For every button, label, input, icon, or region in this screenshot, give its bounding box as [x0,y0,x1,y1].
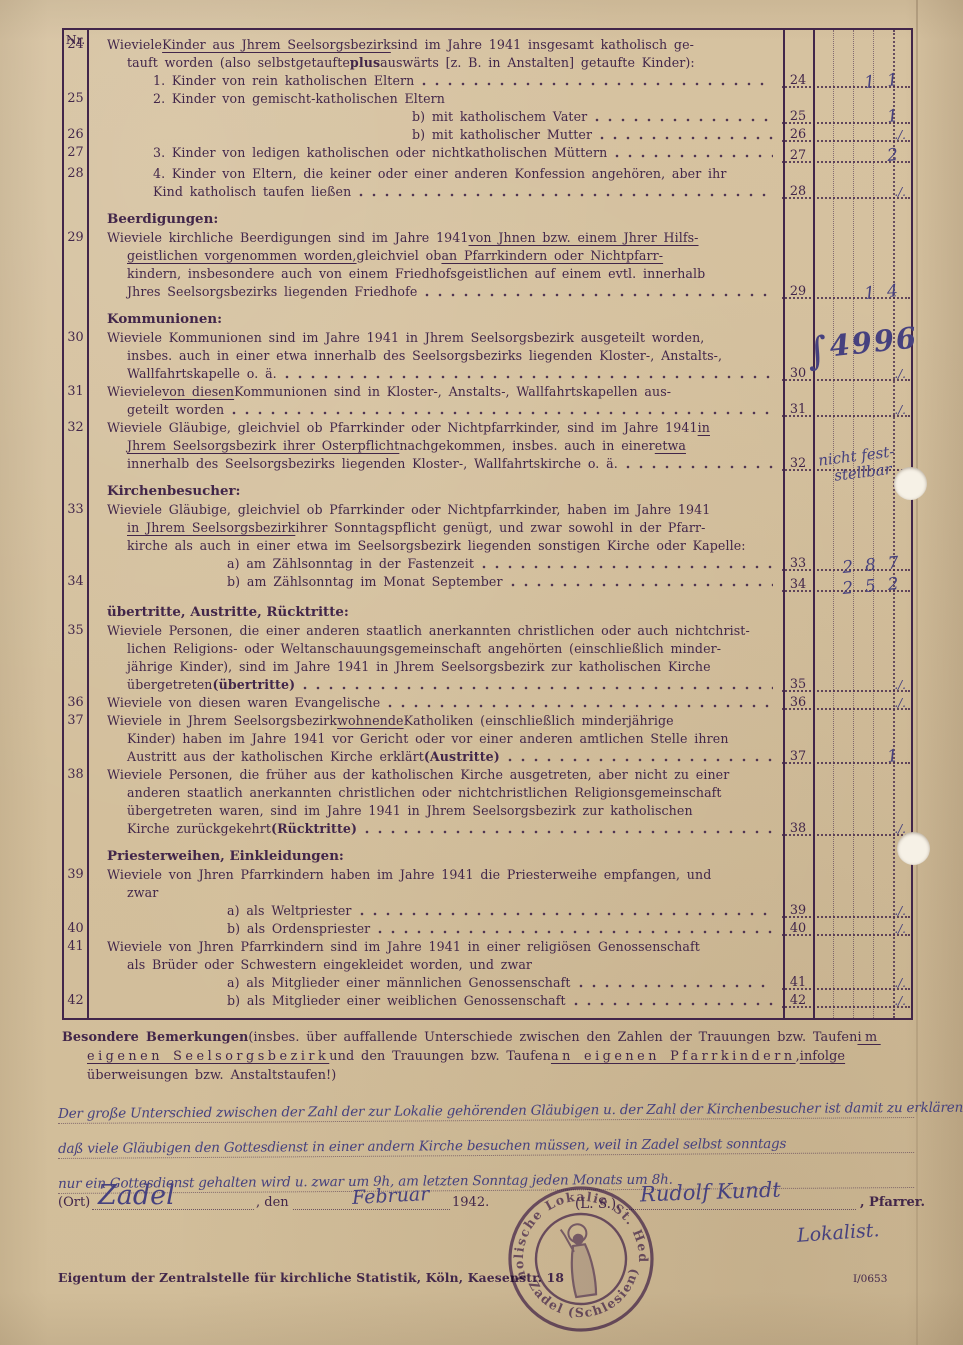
question-row: 252. Kinder von gemischt-katholischen El… [64,90,911,126]
question-row: 39Wieviele von Jhren Pfarrkindern haben … [64,866,911,920]
question-line: jährige Kinder), sind im Jahre 1941 in J… [107,658,779,676]
row-number-left: 36 [64,694,87,712]
text-segment: infolge [800,1047,845,1066]
question-row: 36Wieviele von diesen waren Evangelische… [64,694,911,712]
text-segment: wohnende [337,712,403,730]
row-number-right: 29 [783,229,813,301]
answer-cell: ./. [813,126,911,144]
text-segment: ihrer Sonntagspflicht genügt, und zwar s… [295,519,705,537]
text-segment: als Brüder oder Schwestern eingekleidet … [127,956,532,974]
section-heading: Priesterweihen, Einkleidungen: [107,847,779,865]
question-text: Wieviele von diesen Kommunionen sind in … [87,383,783,419]
year-printed: 1942. [452,1195,489,1210]
punch-hole [897,832,930,865]
text-segment: Wallfahrtskapelle o. ä. [127,365,277,383]
row-number-left: 27 [64,144,87,165]
text-segment: Wieviele Personen, die einer anderen sta… [107,622,750,640]
question-row: 38Wieviele Personen, die früher aus der … [64,766,911,838]
remarks-line: eigenen Seelsorgsbezirk und den Trauunge… [62,1047,913,1066]
answer-value: ./. [894,403,911,417]
question-line: Wieviele Kommunionen sind im Jahre 1941 … [107,329,779,347]
text-segment: Wieviele Personen, die früher aus der ka… [107,766,729,784]
question-line: insbes. auch in einer etwa innerhalb des… [107,347,779,365]
dot-leader [482,564,773,571]
question-row: 40b) als Ordenspriester40./. [64,920,911,938]
question-row: 273. Kinder von ledigen katholischen ode… [64,144,911,165]
dot-leader [425,292,773,299]
handwritten-remarks: Der große Unterschied zwischen der Zahl … [58,1086,914,1191]
question-line: 4. Kinder von Eltern, die keiner oder ei… [107,165,779,183]
role-handwritten: Lokalist. [796,1219,880,1247]
row-number-right [783,301,813,329]
locus-sigilli-label: (L. S.). [575,1196,620,1212]
section-heading-row: Priesterweihen, Einkleidungen: [64,838,911,866]
question-line: übergetreten (übertritte) [107,676,779,694]
answer-cell: ./. [813,383,911,419]
statistics-form-table: Nr. 24Wieviele Kinder aus Jhrem Seelsorg… [62,28,913,1020]
question-line: zwar [107,884,779,902]
row-number-left: 32 [64,419,87,473]
answer-value: ./. [894,994,911,1008]
answer-cell: ./.∫4996 [813,329,911,383]
text-segment: kindern, insbesondere auch von einem Fri… [127,265,705,283]
answer-cell: ./. [813,866,911,920]
question-text: Wieviele in Jhrem Seelsorgsbezirk wohnen… [87,712,783,766]
row-number-left [64,594,87,622]
signature-rule [626,1209,856,1210]
dot-leader [508,757,773,764]
text-segment: Wieviele Gläubige, gleichviel ob Pfarrki… [107,419,698,437]
question-row: 32Wieviele Gläubige, gleichviel ob Pfarr… [64,419,911,473]
text-segment: Kind katholisch taufen ließen [153,183,351,201]
question-row: 33Wieviele Gläubige, gleichviel ob Pfarr… [64,501,911,573]
dot-leader [615,153,773,160]
question-text: Wieviele Personen, die einer anderen sta… [87,622,783,694]
row-number-right [783,594,813,622]
row-number-left: 29 [64,229,87,301]
text-segment: Katholiken (einschließlich minderjährige [404,712,674,730]
text-segment: übergetreten [127,676,213,694]
answer-cell: ./. [813,165,911,201]
question-line: kirche als auch in einer etwa im Seelsor… [107,537,779,555]
row-number-left: 34 [64,573,87,594]
remarks-line: Besondere Bemerkungen (insbes. über auff… [62,1028,913,1047]
question-line: Wieviele Gläubige, gleichviel ob Pfarrki… [107,501,779,519]
saint-hedwig-figure [560,1223,597,1298]
text-segment: geteilt worden [127,401,224,419]
question-line: kindern, insbesondere auch von einem Fri… [107,265,779,283]
question-text: Wieviele kirchliche Beerdigungen sind im… [87,229,783,301]
question-line: Wieviele von diesen Kommunionen sind in … [107,383,779,401]
row-number-left: 40 [64,920,87,938]
question-line: übergetreten waren, sind im Jahre 1941 i… [107,802,779,820]
row-number-left [64,301,87,329]
text-segment: plus [350,54,380,72]
row-number-left [64,838,87,866]
question-line: Wieviele von Jhren Pfarrkindern sind im … [107,938,779,956]
question-line: Kirche zurückgekehrt (Rücktritte) [107,820,779,838]
answer-cell: 11 [813,36,911,90]
section-heading-row: übertritte, Austritte, Rücktritte: [64,594,911,622]
row-number-left: 33 [64,501,87,573]
text-segment: (übertritte) [213,676,296,694]
dot-leader [422,81,773,88]
question-text: Wieviele Kommunionen sind im Jahre 1941 … [87,329,783,383]
question-text: Kirchenbesucher: [87,473,783,501]
dot-leader [574,1001,773,1008]
dot-leader [626,464,773,471]
question-text: Wieviele Gläubige, gleichviel ob Pfarrki… [87,501,783,573]
text-segment: (insbes. über auffallende Unterschiede z… [248,1028,857,1047]
text-segment: an eigenen Pfarrkindern [551,1047,796,1066]
text-segment: Wieviele kirchliche Beerdigungen sind im… [107,229,469,247]
question-line: Austritt aus der katholischen Kirche erk… [107,748,779,766]
text-segment: Kommunionen sind in Kloster-, Anstalts-,… [234,383,671,401]
row-number-left: 25 [64,90,87,126]
text-segment: b) als Mitglieder einer weiblichen Genos… [227,992,566,1010]
row-number-right: 33 [783,501,813,573]
text-segment: Wieviele [107,383,162,401]
answer-value: ./. [894,696,911,710]
text-segment: Wieviele von Jhren Pfarrkindern haben im… [107,866,711,884]
text-segment: Wieviele in Jhrem Seelsorgsbezirk [107,712,337,730]
row-number-right: 35 [783,622,813,694]
dot-leader [600,135,773,142]
answer-cell [813,838,911,866]
row-number-left: 31 [64,383,87,419]
text-segment: Kirche zurückgekehrt [127,820,271,838]
question-row: 26b) mit katholischer Mutter26./. [64,126,911,144]
text-segment: Wieviele [107,36,162,54]
section-heading: übertritte, Austritte, Rücktritte: [107,603,779,621]
row-number-left: 24 [64,36,87,90]
answer-cell: ./. [813,694,911,712]
answer-cell: ./. [813,766,911,838]
text-segment: sind im Jahre 1941 insgesamt katholisch … [391,36,694,54]
row-number-left: 38 [64,766,87,838]
handwriting-line: nur ein Gottesdienst gehalten wird u. zw… [58,1153,914,1194]
text-segment: eigenen Seelsorgsbezirk [87,1047,329,1066]
question-line: Wieviele von Jhren Pfarrkindern haben im… [107,866,779,884]
question-row: 31Wieviele von diesen Kommunionen sind i… [64,383,911,419]
row-number-right: 28 [783,165,813,201]
question-line: tauft worden (also selbstgetaufte plus a… [107,54,779,72]
text-segment: Jhrem Seelsorgsbezirk ihrer Osterpflicht [127,437,399,455]
answer-cell: ./. [813,920,911,938]
dot-leader [365,829,773,836]
text-segment: Wieviele Kommunionen sind im Jahre 1941 … [107,329,704,347]
answer-cell: ./. [813,622,911,694]
text-segment: insbes. auch in einer etwa innerhalb des… [127,347,722,365]
text-segment: a) als Weltpriester [227,902,352,920]
question-line: Wallfahrtskapelle o. ä. [107,365,779,383]
text-segment: Wieviele von Jhren Pfarrkindern sind im … [107,938,700,956]
answer-value: 2 [887,144,911,166]
question-text: Wieviele von Jhren Pfarrkindern haben im… [87,866,783,920]
text-segment: 3. Kinder von ledigen katholischen oder … [153,144,607,162]
section-heading-row: Kommunionen: [64,301,911,329]
question-line: geteilt worden [107,401,779,419]
text-segment: in Jhrem Seelsorgsbezirk [127,519,295,537]
row-number-right: 25 [783,90,813,126]
row-number-right [783,838,813,866]
question-line: Jhrem Seelsorgsbezirk ihrer Osterpflicht… [107,437,779,455]
text-segment: innerhalb des Seelsorgsbezirks liegenden… [127,455,618,473]
text-segment: tauft worden (also selbstgetaufte [127,54,350,72]
section-heading: Kommunionen: [107,310,779,328]
remarks-line: überweisungen bzw. Anstaltstaufen!) [62,1066,913,1085]
text-segment: a) am Zählsonntag in der Fastenzeit [227,555,474,573]
dot-leader [303,685,773,692]
text-segment: Jhres Seelsorgsbezirks liegenden Friedho… [127,283,417,301]
section-heading: Beerdigungen: [107,210,779,228]
question-line: Wieviele in Jhrem Seelsorgsbezirk wohnen… [107,712,779,730]
text-segment: Wieviele von diesen waren Evangelische [107,694,380,712]
question-line: Kinder) haben im Jahre 1941 vor Gericht … [107,730,779,748]
text-segment: lichen Religions- oder Weltanschauungsge… [127,640,721,658]
answer-cell: 1 [813,90,911,126]
row-number-left: 42 [64,992,87,1010]
question-text: Wieviele Kinder aus Jhrem Seelsorgsbezir… [87,36,783,90]
text-segment: in [698,419,710,437]
answer-value: ./. [894,922,911,936]
text-segment: übergetreten waren, sind im Jahre 1941 i… [127,802,693,820]
row-number-left: 28 [64,165,87,201]
text-segment: geistlichen vorgenommen worden, [127,247,357,265]
answer-value: ./. [894,128,911,142]
row-number-right [783,473,813,501]
text-segment: 1. Kinder von rein katholischen Eltern [153,72,414,90]
question-row: 30Wieviele Kommunionen sind im Jahre 194… [64,329,911,383]
question-row: 42b) als Mitglieder einer weiblichen Gen… [64,992,911,1010]
text-segment: b) mit katholischem Vater [412,108,587,126]
question-line: 2. Kinder von gemischt-katholischen Elte… [107,90,779,108]
question-text: 4. Kinder von Eltern, die keiner oder ei… [87,165,783,201]
question-text: 3. Kinder von ledigen katholischen oder … [87,144,783,165]
text-segment: Kinder aus Jhrem Seelsorgsbezirk [162,36,391,54]
question-text: b) als Mitglieder einer weiblichen Genos… [87,992,783,1010]
text-segment: jährige Kinder), sind im Jahre 1941 in J… [127,658,711,676]
ort-label: (Ort) [58,1195,90,1210]
handwriting-line: Der große Unterschied zwischen der Zahl … [58,1083,914,1124]
answer-cell: ./. [813,992,911,1010]
question-text: b) als Ordenspriester [87,920,783,938]
date-rule [293,1209,450,1210]
text-segment: b) am Zählsonntag im Monat September [227,573,503,591]
question-row: 35Wieviele Personen, die einer anderen s… [64,622,911,694]
dot-leader [378,929,773,936]
answer-cell: 2 [813,144,911,165]
question-line: in Jhrem Seelsorgsbezirk ihrer Sonntagsp… [107,519,779,537]
remarks-printed-text: Besondere Bemerkungen (insbes. über auff… [62,1028,913,1085]
question-line: Jhres Seelsorgsbezirks liegenden Friedho… [107,283,779,301]
question-line: b) am Zählsonntag im Monat September [107,573,779,591]
dot-leader [360,911,773,918]
question-line: b) mit katholischem Vater [107,108,779,126]
answer-cell: ./. [813,938,911,992]
question-line: anderen staatlich anerkannten christlich… [107,784,779,802]
dot-leader [579,983,774,990]
question-line: a) am Zählsonntag in der Fastenzeit [107,555,779,573]
handwriting-line: daß viele Gläubigen den Gottesdienst in … [58,1118,914,1159]
question-line: b) mit katholischer Mutter [107,126,779,144]
row-number-left: 37 [64,712,87,766]
question-line: Kind katholisch taufen ließen [107,183,779,201]
question-row: 37Wieviele in Jhrem Seelsorgsbezirk wohn… [64,712,911,766]
row-number-left: 26 [64,126,87,144]
row-number-right: 37 [783,712,813,766]
answer-value: ./. [894,904,911,918]
answer-cell [813,594,911,622]
form-publisher-imprint: Eigentum der Zentralstelle für kirchlich… [58,1270,564,1285]
month-handwritten: Februar [351,1183,429,1209]
text-segment: zwar [127,884,158,902]
question-line: Wieviele Personen, die früher aus der ka… [107,766,779,784]
question-row: 41Wieviele von Jhren Pfarrkindern sind i… [64,938,911,992]
question-text: Wieviele Personen, die früher aus der ka… [87,766,783,838]
question-line: a) als Weltpriester [107,902,779,920]
text-segment: Kinder) haben im Jahre 1941 vor Gericht … [127,730,729,748]
question-text: Priesterweihen, Einkleidungen: [87,838,783,866]
question-line: Wieviele von diesen waren Evangelische [107,694,779,712]
row-number-left: 30 [64,329,87,383]
text-segment: b) mit katholischer Mutter [412,126,592,144]
question-line: lichen Religions- oder Weltanschauungsge… [107,640,779,658]
text-segment: a) als Mitglieder einer männlichen Genos… [227,974,571,992]
punch-hole [894,467,927,500]
question-text: Wieviele von diesen waren Evangelische [87,694,783,712]
dot-leader [511,582,773,589]
text-segment: von diesen [162,383,234,401]
row-number-right: 32 [783,419,813,473]
section-heading: Kirchenbesucher: [107,482,779,500]
form-number: I/0653 [853,1273,887,1285]
question-row: 34b) am Zählsonntag im Monat September34… [64,573,911,594]
question-text: b) am Zählsonntag im Monat September [87,573,783,594]
text-segment: im [857,1028,880,1047]
answer-cell: 14 [813,229,911,301]
text-segment: auswärts [z. B. in Anstalten] getaufte K… [380,54,695,72]
question-text: übertritte, Austritte, Rücktritte: [87,594,783,622]
question-text: Wieviele von Jhren Pfarrkindern sind im … [87,938,783,992]
answer-value: 14 [864,280,911,304]
question-text: Beerdigungen: [87,201,783,229]
question-rows: 24Wieviele Kinder aus Jhrem Seelsorgsbez… [64,36,911,1010]
answer-cell: 287 [813,501,911,573]
question-line: geistlichen vorgenommen worden, gleichvi… [107,247,779,265]
row-number-right [783,201,813,229]
text-segment: 2. Kinder von gemischt-katholischen Elte… [153,90,445,108]
row-number-right: 39 [783,866,813,920]
question-line: als Brüder oder Schwestern eingekleidet … [107,956,779,974]
text-segment: von Jhnen bzw. einem Jhrer Hilfs- [469,229,699,247]
text-segment: 4. Kinder von Eltern, die keiner oder ei… [153,165,727,183]
scanned-form-page: Nr. 24Wieviele Kinder aus Jhrem Seelsorg… [0,0,963,1345]
question-text: b) mit katholischer Mutter [87,126,783,144]
row-number-right: 38 [783,766,813,838]
question-line: a) als Mitglieder einer männlichen Genos… [107,974,779,992]
question-line: Wieviele kirchliche Beerdigungen sind im… [107,229,779,247]
text-segment: anderen staatlich anerkannten christlich… [127,784,722,802]
remarks-section: Besondere Bemerkungen (insbes. über auff… [62,1028,913,1085]
section-heading-row: Beerdigungen: [64,201,911,229]
text-segment: überweisungen bzw. Anstaltstaufen!) [87,1066,336,1085]
text-segment: (Rücktritte) [271,820,357,838]
text-segment: gleichviel ob [357,247,442,265]
paper-crease [916,0,918,1345]
answer-value: 1 [887,745,911,767]
row-number-right: 41 [783,938,813,992]
text-segment: (Austritte) [424,748,500,766]
row-number-left: 35 [64,622,87,694]
question-line: Wieviele Personen, die einer anderen sta… [107,622,779,640]
question-text: Kommunionen: [87,301,783,329]
question-line: b) als Ordenspriester [107,920,779,938]
answer-value: 11 [864,69,911,93]
question-line: b) als Mitglieder einer weiblichen Genos… [107,992,779,1010]
answer-cell: nicht fest-stellbar [813,419,911,473]
row-number-left: 41 [64,938,87,992]
brace-flourish: ∫ [805,328,831,374]
question-line: Wieviele Gläubige, gleichviel ob Pfarrki… [107,419,779,437]
text-segment: kirche als auch in einer etwa im Seelsor… [127,537,746,555]
text-segment: Besondere Bemerkungen [62,1028,248,1047]
answer-value: ./. [894,185,911,199]
answer-value: ./. [894,367,911,381]
question-text: Wieviele Gläubige, gleichviel ob Pfarrki… [87,419,783,473]
text-segment: an Pfarrkindern oder Nichtpfarr- [441,247,663,265]
text-segment: b) als Ordenspriester [227,920,370,938]
question-line: 3. Kinder von ledigen katholischen oder … [107,144,779,162]
priest-signature: Rudolf Kundt [640,1178,782,1207]
section-heading-row: Kirchenbesucher: [64,473,911,501]
answer-value: 1 [887,105,911,127]
dot-leader [388,703,773,710]
row-number-left [64,473,87,501]
text-segment: nachgekommen, insbes. auch in einer [399,437,654,455]
answer-value: ./. [894,976,911,990]
text-segment: Austritt aus der katholischen Kirche erk… [127,748,424,766]
text-segment: und den Trauungen bzw. Taufen [329,1047,551,1066]
question-row: 24Wieviele Kinder aus Jhrem Seelsorgsbez… [64,36,911,90]
row-number-left [64,201,87,229]
question-line: Wieviele Kinder aus Jhrem Seelsorgsbezir… [107,36,779,54]
question-text: 2. Kinder von gemischt-katholischen Elte… [87,90,783,126]
ort-value-handwritten: Zadel [98,1180,175,1211]
answer-value: ./. [894,678,911,692]
row-number-left: 39 [64,866,87,920]
question-row: 284. Kinder von Eltern, die keiner oder … [64,165,911,201]
answer-cell: 1 [813,712,911,766]
dot-leader [232,410,773,417]
row-number-right: 24 [783,36,813,90]
question-line: innerhalb des Seelsorgsbezirks liegenden… [107,455,779,473]
den-label: , den [256,1195,289,1210]
dot-leader [359,192,773,199]
dot-leader [595,117,773,124]
question-row: 29Wieviele kirchliche Beerdigungen sind … [64,229,911,301]
text-segment: etwa [655,437,686,455]
row-number-right: 31 [783,383,813,419]
dot-leader [285,374,773,381]
question-line: 1. Kinder von rein katholischen Eltern [107,72,779,90]
answer-cell [813,201,911,229]
text-segment: Wieviele Gläubige, gleichviel ob Pfarrki… [107,501,710,519]
